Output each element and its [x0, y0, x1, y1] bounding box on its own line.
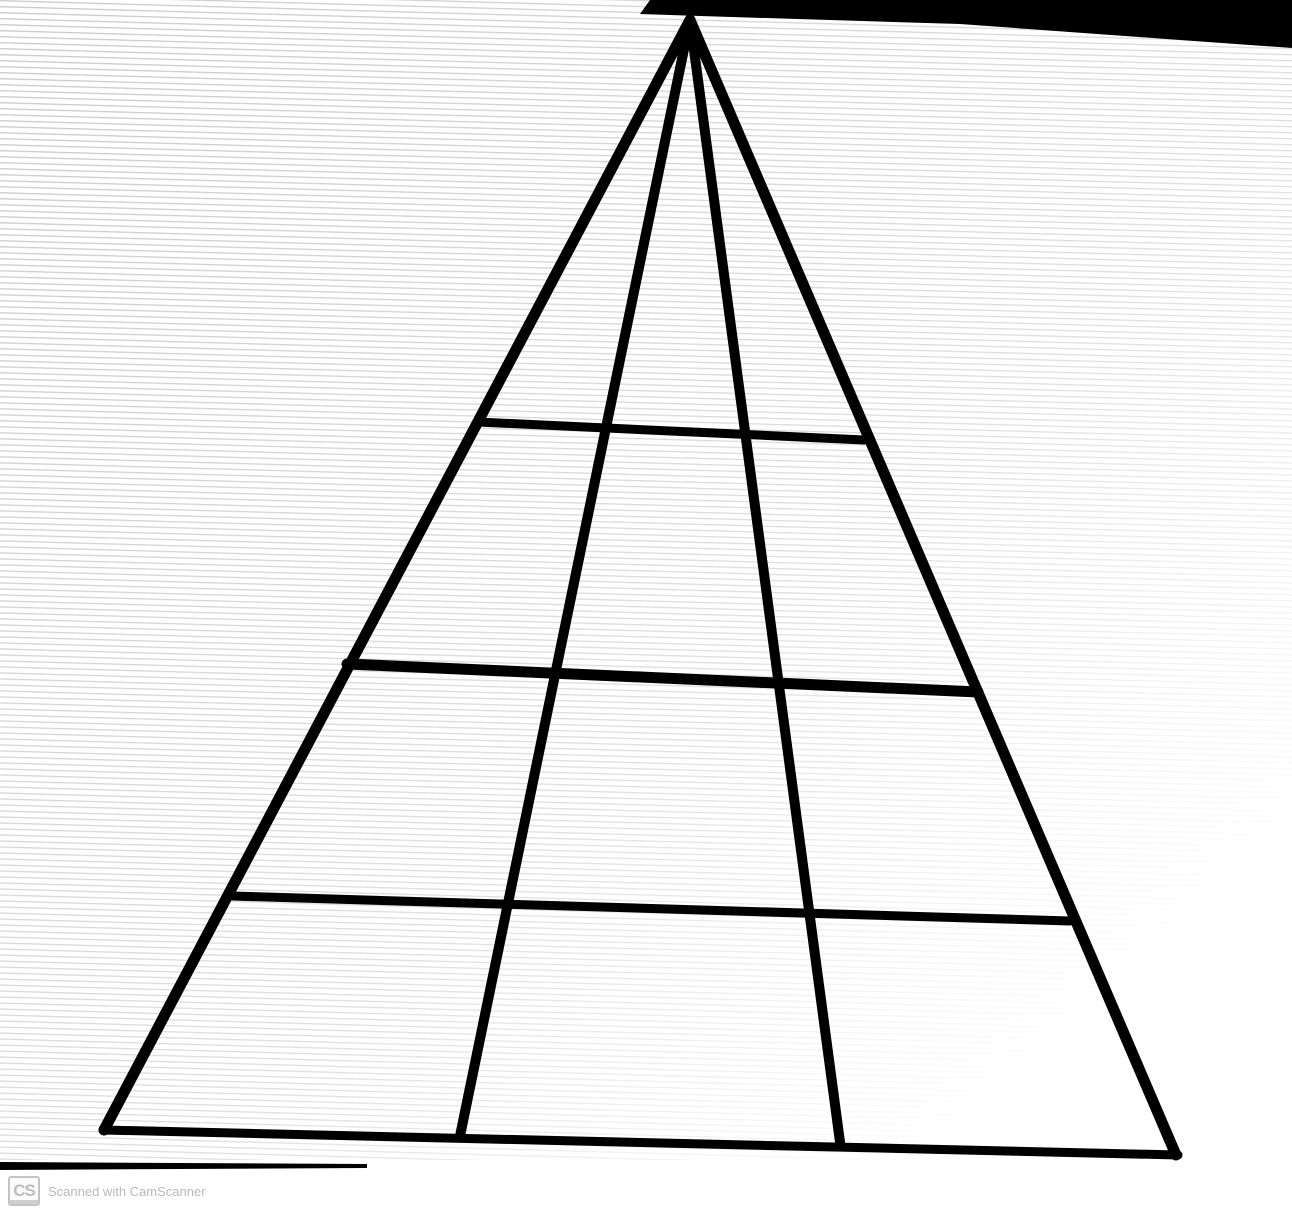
bottom-edge-bar [0, 1162, 367, 1170]
camscanner-watermark: CS Scanned with CamScanner [8, 1176, 206, 1206]
scanned-page [0, 0, 1292, 1216]
camscanner-logo-icon: CS [8, 1176, 40, 1206]
triangle-grid-diagram [0, 0, 1292, 1216]
watermark-label: Scanned with CamScanner [48, 1184, 206, 1199]
logo-text: CS [13, 1181, 35, 1201]
